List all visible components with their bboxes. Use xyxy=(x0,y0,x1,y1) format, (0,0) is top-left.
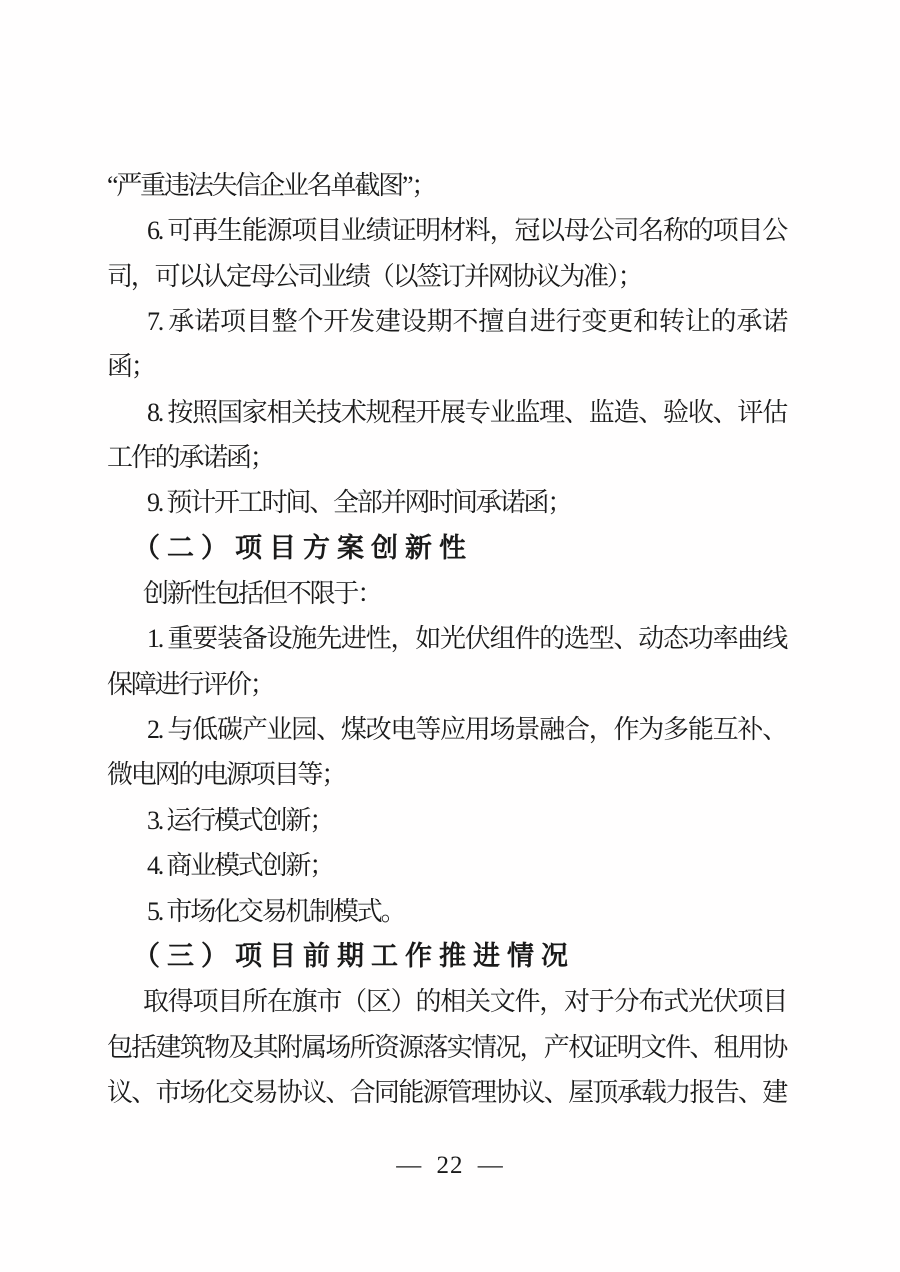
text-line-item-1: 1. 重要装备设施先进性，如光伏组件的选型、动态功率曲线 xyxy=(107,616,786,661)
text-line-item-5: 5. 市场化交易机制模式。 xyxy=(107,889,786,934)
text-line-item-4: 4. 商业模式创新； xyxy=(107,843,786,888)
text-line-continuation: 工作的承诺函； xyxy=(107,435,786,480)
text-line-item-3: 3. 运行模式创新； xyxy=(107,798,786,843)
text-line-item-6: 6. 可再生能源项目业绩证明材料，冠以母公司名称的项目公 xyxy=(107,208,786,253)
section-heading-3: （三）项目前期工作推进情况 xyxy=(107,934,786,979)
text-line-continuation: 包括建筑物及其附属场所资源落实情况，产权证明文件、租用协 xyxy=(107,1025,786,1070)
text-line-item-2: 2. 与低碳产业园、煤改电等应用场景融合，作为多能互补、 xyxy=(107,707,786,752)
text-line-paragraph: 创新性包括但不限于： xyxy=(107,571,786,616)
text-line-continuation: 司，可以认定母公司业绩（以签订并网协议为准）； xyxy=(107,254,786,299)
text-line-continuation: 保障进行评价； xyxy=(107,662,786,707)
text-line-continuation: 微电网的电源项目等； xyxy=(107,752,786,797)
text-line-item-7: 7. 承诺项目整个开发建设期不擅自进行变更和转让的承诺 xyxy=(107,299,786,344)
text-line-item-8: 8. 按照国家相关技术规程开展专业监理、监造、验收、评估 xyxy=(107,390,786,435)
document-page: “严重违法失信企业名单截图”； 6. 可再生能源项目业绩证明材料，冠以母公司名称… xyxy=(0,0,900,1272)
text-line-continuation: 议、市场化交易协议、合同能源管理协议、屋顶承载力报告、建 xyxy=(107,1070,786,1115)
page-number-footer: — 22 — xyxy=(0,1143,900,1188)
document-text-block: “严重违法失信企业名单截图”； 6. 可再生能源项目业绩证明材料，冠以母公司名称… xyxy=(107,163,786,1115)
text-line-continuation: “严重违法失信企业名单截图”； xyxy=(107,163,786,208)
text-line-paragraph: 取得项目所在旗市（区）的相关文件，对于分布式光伏项目 xyxy=(107,979,786,1024)
text-line-continuation: 函； xyxy=(107,344,786,389)
text-line-item-9: 9. 预计开工时间、全部并网时间承诺函； xyxy=(107,480,786,525)
section-heading-2: （二）项目方案创新性 xyxy=(107,526,786,571)
